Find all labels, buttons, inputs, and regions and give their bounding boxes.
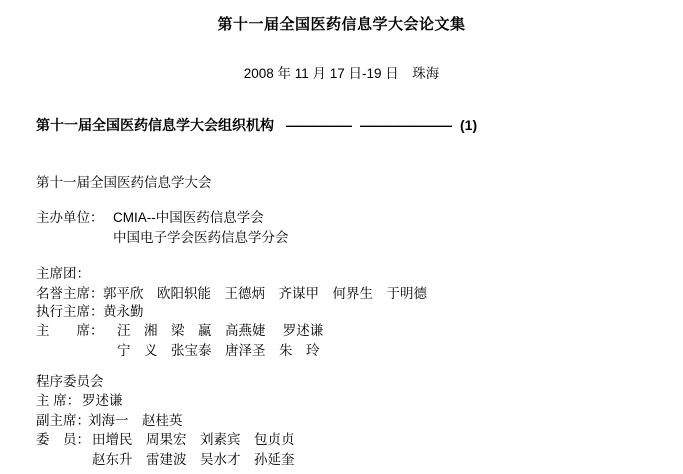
toc-dash-segment-2: ——————— [360, 118, 451, 133]
host-label: 主办单位： [36, 210, 113, 225]
committee-row-members: 委 员： 田增民 周果宏 刘素宾 包贞贞 [36, 432, 295, 447]
program-committee-heading: 程序委员会 [36, 374, 104, 389]
committee-vice-chair-names: 刘海一 赵桂英 [88, 413, 183, 428]
committee-members-line-2: 赵东升 雷建波 吴水才 孙延奎 [92, 452, 295, 467]
presidium-row-chair: 主 席： 汪 湘 梁 赢 高燕婕 罗述谦 [36, 323, 323, 338]
honorary-chair-label: 名誉主席： [36, 286, 103, 301]
executive-chair-names: 黄永勤 [103, 304, 144, 319]
toc-dash-segment-1: ————— [286, 118, 351, 133]
presidium-row-chair-continuation: 宁 义 张宝泰 唐泽圣 朱 玲 [36, 343, 320, 358]
host-row: 主办单位： CMIA--中国医药信息学会 [36, 210, 264, 225]
committee-row-members-continuation: 赵东升 雷建波 吴水才 孙延奎 [36, 452, 295, 467]
honorary-chair-names: 郭平欣 欧阳轵能 王德炳 齐谋甲 何界生 于明德 [103, 286, 427, 301]
host-org-2: 中国电子学会医药信息学分会 [113, 230, 289, 245]
executive-chair-label: 执行主席： [36, 304, 103, 319]
presidium-row-honorary: 名誉主席： 郭平欣 欧阳轵能 王德炳 齐谋甲 何界生 于明德 [36, 286, 427, 301]
host-row-continuation: 中国电子学会医药信息学分会 [36, 230, 289, 245]
toc-entry: 第十一届全国医药信息学大会组织机构 ————— ——————— (1) [36, 118, 673, 133]
presidium-row-executive: 执行主席： 黄永勤 [36, 304, 144, 319]
committee-row-chair: 主 席： 罗述谦 [36, 393, 123, 408]
conference-name: 第十一届全国医药信息学大会 [36, 175, 212, 190]
committee-row-vice-chair: 副主席： 刘海一 赵桂英 [36, 413, 183, 428]
host-org-1: CMIA--中国医药信息学会 [113, 210, 264, 225]
host-label-spacer [36, 230, 113, 245]
committee-members-label-spacer [36, 452, 92, 467]
toc-page-number: (1) [460, 118, 477, 133]
committee-vice-chair-label: 副主席： [36, 413, 88, 428]
chair-label-spacer [36, 343, 117, 358]
committee-chair-label: 主 席： [36, 393, 82, 408]
committee-chair-names: 罗述谦 [82, 393, 123, 408]
chair-label: 主 席： [36, 323, 117, 338]
document-page: 第十一届全国医药信息学大会论文集 2008 年 11 月 17 日-19 日 珠… [0, 0, 683, 474]
chair-names-line-1: 汪 湘 梁 赢 高燕婕 罗述谦 [117, 323, 323, 338]
presidium-heading: 主席团： [36, 266, 90, 281]
toc-heading: 第十一届全国医药信息学大会组织机构 [36, 118, 274, 133]
chair-names-line-2: 宁 义 张宝泰 唐泽圣 朱 玲 [117, 343, 320, 358]
date-location: 2008 年 11 月 17 日-19 日 珠海 [0, 66, 683, 81]
committee-members-label: 委 员： [36, 432, 92, 447]
page-title: 第十一届全国医药信息学大会论文集 [0, 17, 683, 32]
committee-members-line-1: 田增民 周果宏 刘素宾 包贞贞 [92, 432, 295, 447]
